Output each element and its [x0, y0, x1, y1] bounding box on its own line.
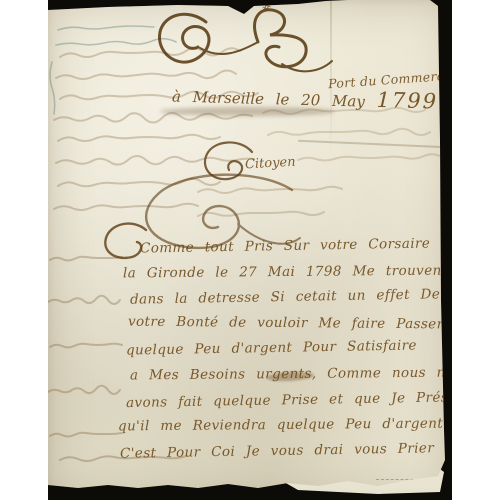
dateline-place: à Marseille le 20 May [172, 88, 365, 111]
salutation: Citoyen [245, 155, 296, 173]
letter-photograph: # Port du Commerce à Marseille le 20 May… [48, 0, 452, 500]
dateline-year: 1799 [376, 88, 438, 114]
body-line: votre Bonté de vouloir Me faire Passer [128, 314, 444, 333]
letter-paper-sheet: # Port du Commerce à Marseille le 20 May… [48, 0, 452, 500]
body-line: a Mes Besoins urgents, Comme nous nou [130, 365, 464, 384]
photo-matte: # Port du Commerce à Marseille le 20 May… [0, 0, 500, 500]
monogram-flourish [148, 6, 338, 78]
body-line: la Gironde le 27 Mai 1798 Me trouvent [123, 263, 448, 282]
body-line: qu'il me Reviendra quelque Peu d'argent [118, 416, 443, 435]
